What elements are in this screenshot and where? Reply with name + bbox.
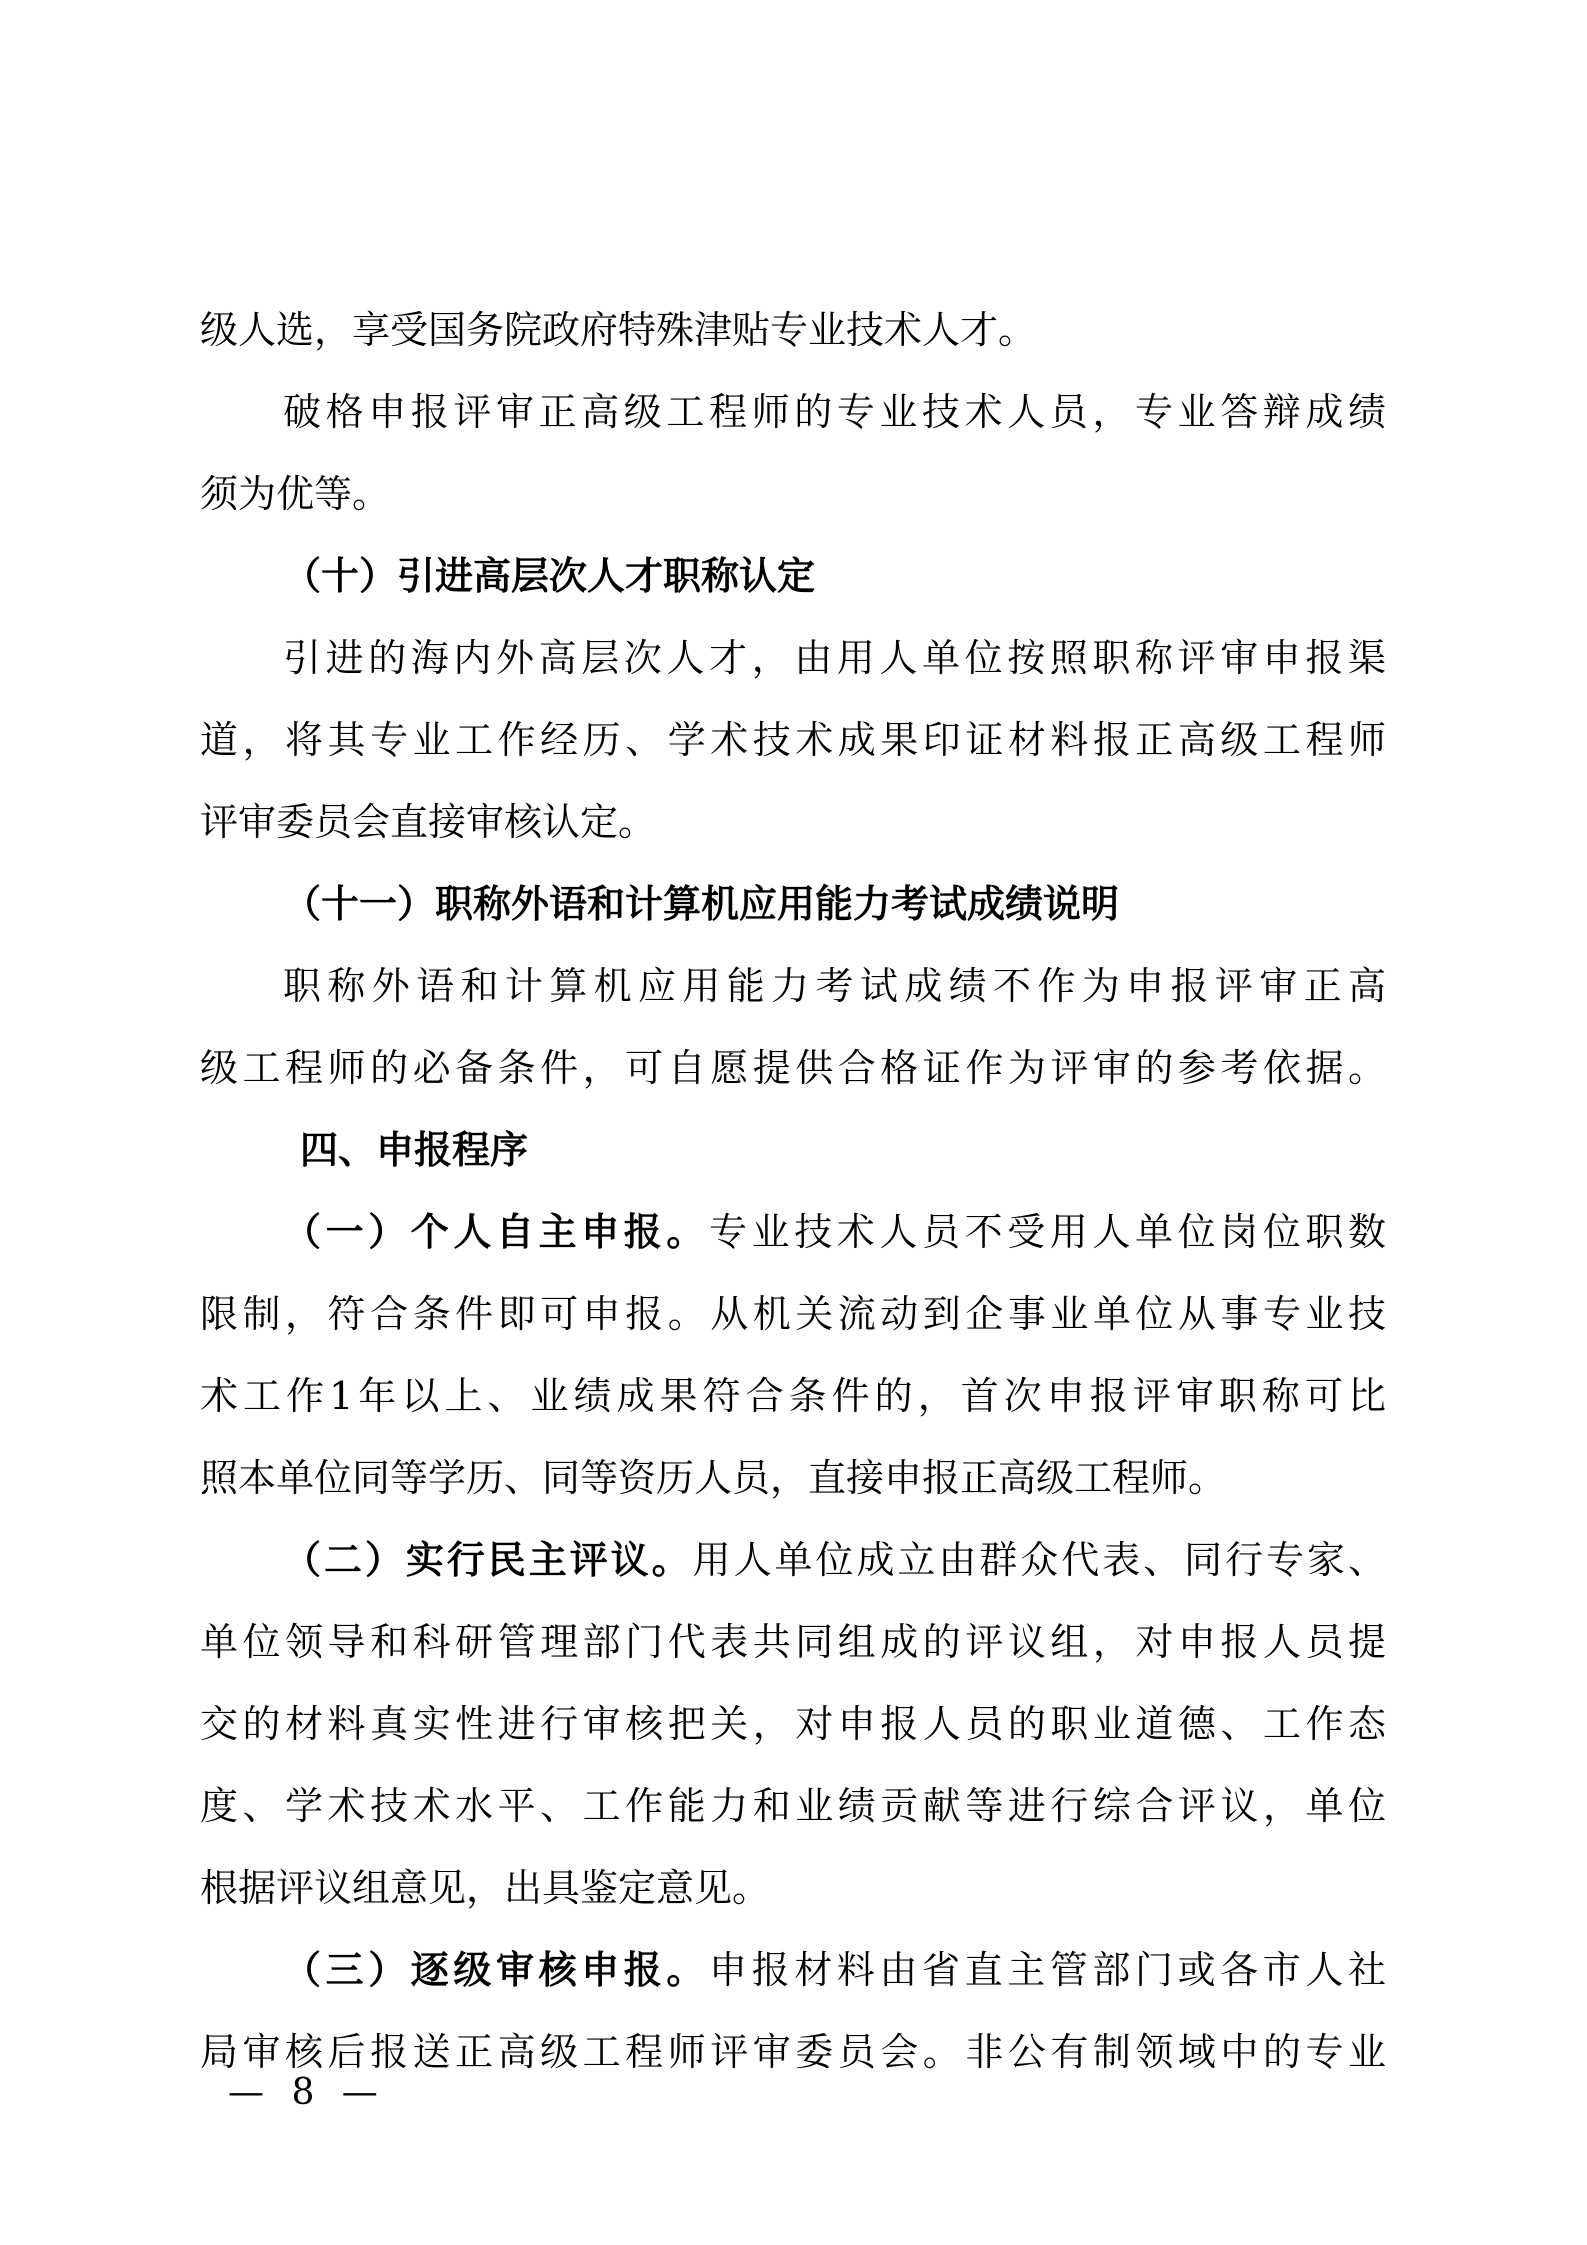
item-line: （一）个人自主申报。专业技术人员不受用人单位岗位职数: [283, 1207, 1386, 1257]
continuation-line: 级人选，享受国务院政府特殊津贴专业技术人才。: [200, 305, 1386, 355]
item-line: （二）实行民主评议。用人单位成立由群众代表、同行专家、: [283, 1535, 1386, 1585]
paragraph-line: 道，将其专业工作经历、学术技术成果印证材料报正高级工程师: [200, 715, 1386, 765]
item-text: 用人单位成立由群众代表、同行专家、: [693, 1538, 1386, 1582]
item-line: 术工作1年以上、业绩成果符合条件的，首次申报评审职称可比: [200, 1371, 1386, 1421]
item-text: 申报材料由省直主管部门或各市人社: [709, 1948, 1386, 1992]
paragraph-line: 须为优等。: [200, 469, 1386, 519]
item-text: 专业技术人员不受用人单位岗位职数: [709, 1210, 1386, 1254]
paragraph-line: 评审委员会直接审核认定。: [200, 797, 1386, 847]
page-number: — 8 —: [228, 2068, 386, 2118]
subheading-exam-score-note: （十一）职称外语和计算机应用能力考试成绩说明: [283, 879, 1386, 929]
document-page: 级人选，享受国务院政府特殊津贴专业技术人才。 破格申报评审正高级工程师的专业技术…: [0, 0, 1587, 2245]
paragraph-line: 破格申报评审正高级工程师的专业技术人员，专业答辩成绩: [283, 387, 1386, 437]
item-line: 照本单位同等学历、同等资历人员，直接申报正高级工程师。: [200, 1453, 1386, 1503]
item-line: 单位领导和科研管理部门代表共同组成的评议组，对申报人员提: [200, 1617, 1386, 1667]
section-heading-application-procedure: 四、申报程序: [300, 1125, 1486, 1175]
item-line: 度、学术技术水平、工作能力和业绩贡献等进行综合评议，单位: [200, 1781, 1386, 1831]
item-line: 交的材料真实性进行审核把关，对申报人员的职业道德、工作态: [200, 1699, 1386, 1749]
item-line: 根据评议组意见，出具鉴定意见。: [200, 1863, 1386, 1913]
item-title-level-review: （三）逐级审核申报。: [283, 1948, 709, 1992]
item-line: （三）逐级审核申报。申报材料由省直主管部门或各市人社: [283, 1945, 1386, 1995]
paragraph-line: 引进的海内外高层次人才，由用人单位按照职称评审申报渠: [283, 633, 1386, 683]
item-title-self-application: （一）个人自主申报。: [283, 1210, 709, 1254]
paragraph-line: 级工程师的必备条件，可自愿提供合格证作为评审的参考依据。: [200, 1043, 1386, 1093]
subheading-high-level-talent: （十）引进高层次人才职称认定: [283, 551, 1386, 601]
paragraph-line: 职称外语和计算机应用能力考试成绩不作为申报评审正高: [283, 961, 1386, 1011]
item-title-democratic-review: （二）实行民主评议。: [283, 1538, 693, 1582]
item-line: 限制，符合条件即可申报。从机关流动到企事业单位从事专业技: [200, 1289, 1386, 1339]
